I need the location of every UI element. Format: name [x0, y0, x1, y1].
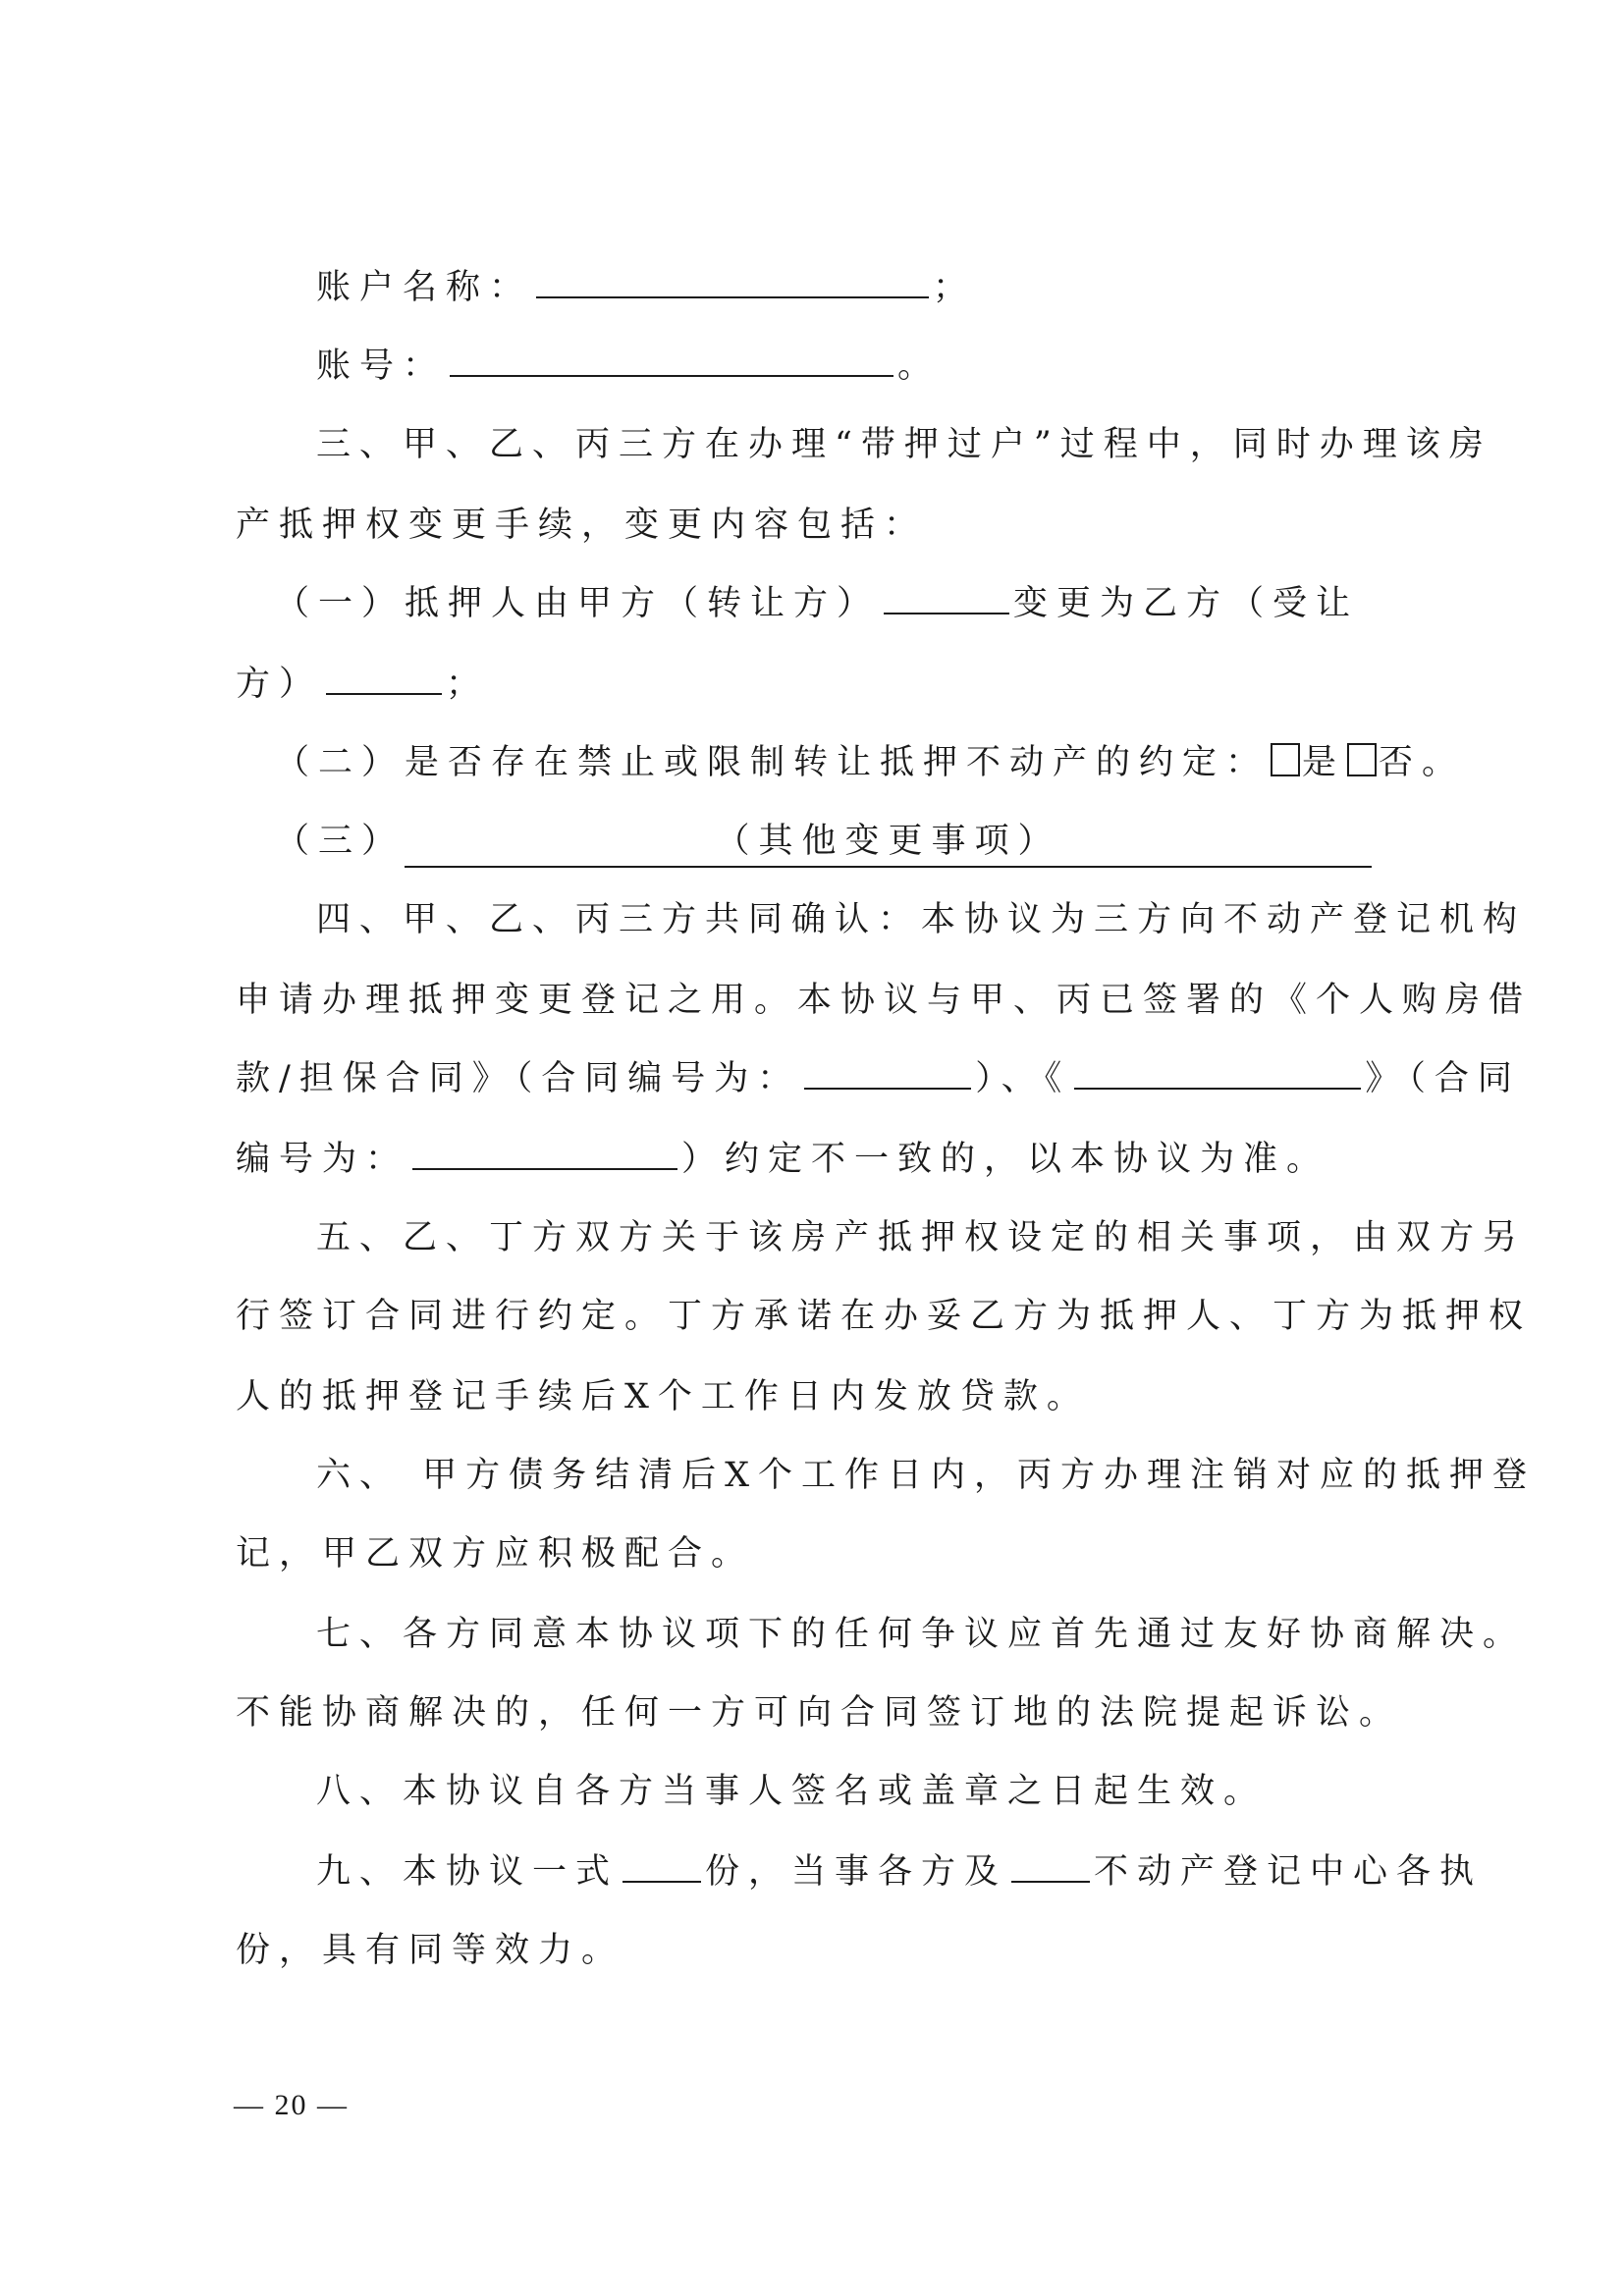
clause-9-line-1: 九、本协议一式份，当事各方及不动产登记中心各执	[316, 1847, 1394, 1896]
clause-4-line-4: 编号为：）约定不一致的，以本协议为准。	[236, 1135, 1394, 1184]
clause-7-line-1: 七、各方同意本协议项下的任何争议应首先通过友好协商解决。	[316, 1610, 1394, 1659]
clause-3-line-2: 产抵押权变更手续，变更内容包括：	[236, 501, 1394, 550]
contract-name-blank[interactable]	[1074, 1054, 1361, 1090]
account-number-line: 账号：。	[316, 342, 1394, 391]
clause-3-item-1-cont: 方）；	[236, 660, 1394, 709]
clause-3-item-1: （一）抵押人由甲方（转让方）变更为乙方（受让	[275, 579, 1434, 628]
registry-copies-blank[interactable]	[1011, 1847, 1090, 1883]
clause-3-line-1: 三、甲、乙、丙三方在办理“带押过户”过程中，同时办理该房	[316, 420, 1394, 469]
account-number-label: 账号：	[316, 347, 446, 386]
clause-5-line-3: 人的抵押登记手续后X个工作日内发放贷款。	[236, 1372, 1394, 1421]
checkbox-no[interactable]	[1347, 743, 1377, 776]
clause-7-line-2: 不能协商解决的，任何一方可向合同签订地的法院提起诉讼。	[236, 1688, 1394, 1737]
clause-3-item-3: （三）（其他变更事项）	[275, 817, 1434, 866]
contract-number-blank-1[interactable]	[804, 1054, 971, 1090]
other-changes-blank[interactable]: （其他变更事项）	[405, 817, 1372, 868]
clause-5-line-2: 行签订合同进行约定。丁方承诺在办妥乙方为抵押人、丁方为抵押权	[236, 1292, 1394, 1341]
contract-number-blank-2[interactable]	[412, 1135, 677, 1170]
clause-4-line-2: 申请办理抵押变更登记之用。本协议与甲、丙已签署的《个人购房借	[236, 976, 1394, 1025]
checkbox-yes[interactable]	[1271, 743, 1300, 776]
clause-4-line-3: 款/担保合同》（合同编号为：）、《》（合同	[236, 1054, 1394, 1103]
copies-blank[interactable]	[623, 1847, 701, 1883]
document-page: 账户名称：； 账号：。 三、甲、乙、丙三方在办理“带押过户”过程中，同时办理该房…	[0, 0, 1624, 2296]
clause-3-item-2: （二）是否存在禁止或限制转让抵押不动产的约定：是否。	[275, 738, 1434, 787]
clause-4-line-1: 四、甲、乙、丙三方共同确认：本协议为三方向不动产登记机构	[316, 895, 1394, 944]
clause-9-line-2: 份，具有同等效力。	[236, 1926, 1394, 1975]
account-name-label: 账户名称：	[316, 268, 532, 307]
clause-6-line-1: 六、 甲方债务结清后X个工作日内，丙方办理注销对应的抵押登	[316, 1451, 1394, 1500]
account-number-blank[interactable]	[450, 342, 893, 377]
clause-6-line-2: 记，甲乙双方应积极配合。	[236, 1529, 1394, 1578]
clause-5-line-1: 五、乙、丁方双方关于该房产抵押权设定的相关事项，由双方另	[316, 1213, 1394, 1262]
clause-8-line-1: 八、本协议自各方当事人签名或盖章之日起生效。	[316, 1767, 1394, 1816]
transferor-blank[interactable]	[884, 579, 1009, 614]
account-name-line: 账户名称：；	[316, 263, 1394, 312]
transferee-blank[interactable]	[326, 660, 442, 695]
page-number: — 20 —	[234, 2089, 349, 2122]
account-name-blank[interactable]	[536, 263, 929, 298]
